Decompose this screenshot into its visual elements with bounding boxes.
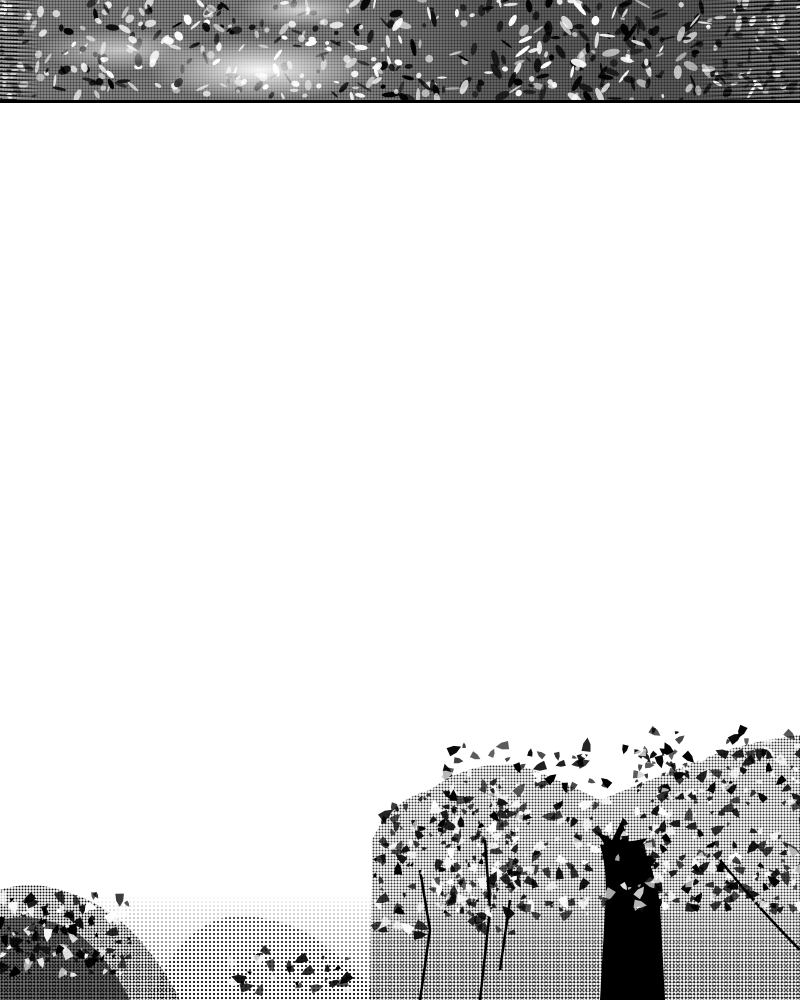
- left-hatching: [0, 0, 40, 100]
- tree-canopy-illustration: [0, 720, 800, 1000]
- forest-floor-panel: [0, 0, 800, 100]
- manga-page: [0, 0, 800, 1000]
- light-patch: [0, 0, 800, 100]
- panel-gutter: [0, 103, 800, 723]
- right-hatching: [690, 0, 800, 100]
- forest-canopy-scene: [0, 720, 800, 1000]
